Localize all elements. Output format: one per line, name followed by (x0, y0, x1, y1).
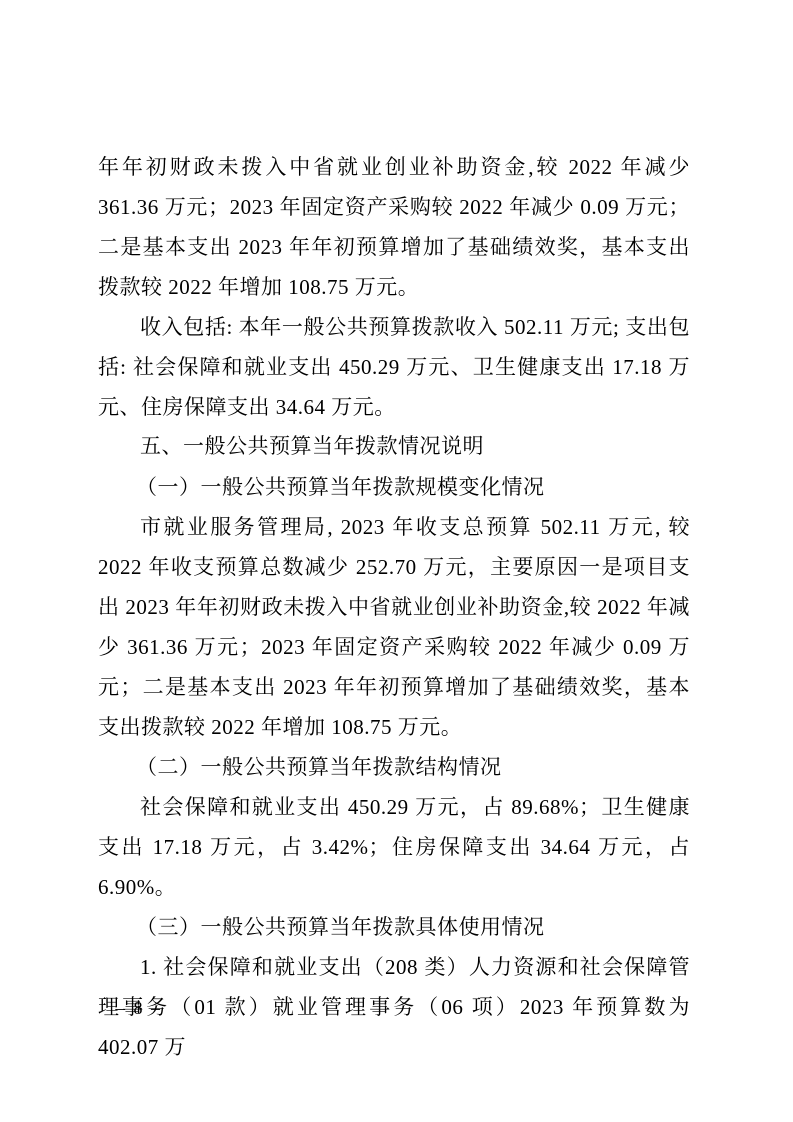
subsection-heading-3: （三）一般公共预算当年拨款具体使用情况 (98, 907, 690, 947)
subsection-heading-1: （一）一般公共预算当年拨款规模变化情况 (98, 467, 690, 507)
paragraph-scale-change: 市就业服务管理局, 2023 年收支总预算 502.11 万元, 较 2022 … (98, 507, 690, 747)
section-heading-5: 五、一般公共预算当年拨款情况说明 (98, 427, 690, 467)
page-number: – 8 – (116, 997, 162, 1019)
subsection-heading-2: （二）一般公共预算当年拨款结构情况 (98, 747, 690, 787)
document-body: 年年初财政未拨入中省就业创业补助资金,较 2022 年减少 361.36 万元；… (98, 147, 690, 1067)
paragraph-income-expense-summary: 收入包括: 本年一般公共预算拨款收入 502.11 万元; 支出包括: 社会保障… (98, 307, 690, 427)
document-page: 年年初财政未拨入中省就业创业补助资金,较 2022 年减少 361.36 万元；… (0, 0, 793, 1122)
paragraph-specific-use: 1. 社会保障和就业支出（208 类）人力资源和社会保障管理事务（01 款）就业… (98, 947, 690, 1067)
paragraph-structure: 社会保障和就业支出 450.29 万元，占 89.68%；卫生健康支出 17.1… (98, 787, 690, 907)
paragraph-continuation: 年年初财政未拨入中省就业创业补助资金,较 2022 年减少 361.36 万元；… (98, 147, 690, 307)
